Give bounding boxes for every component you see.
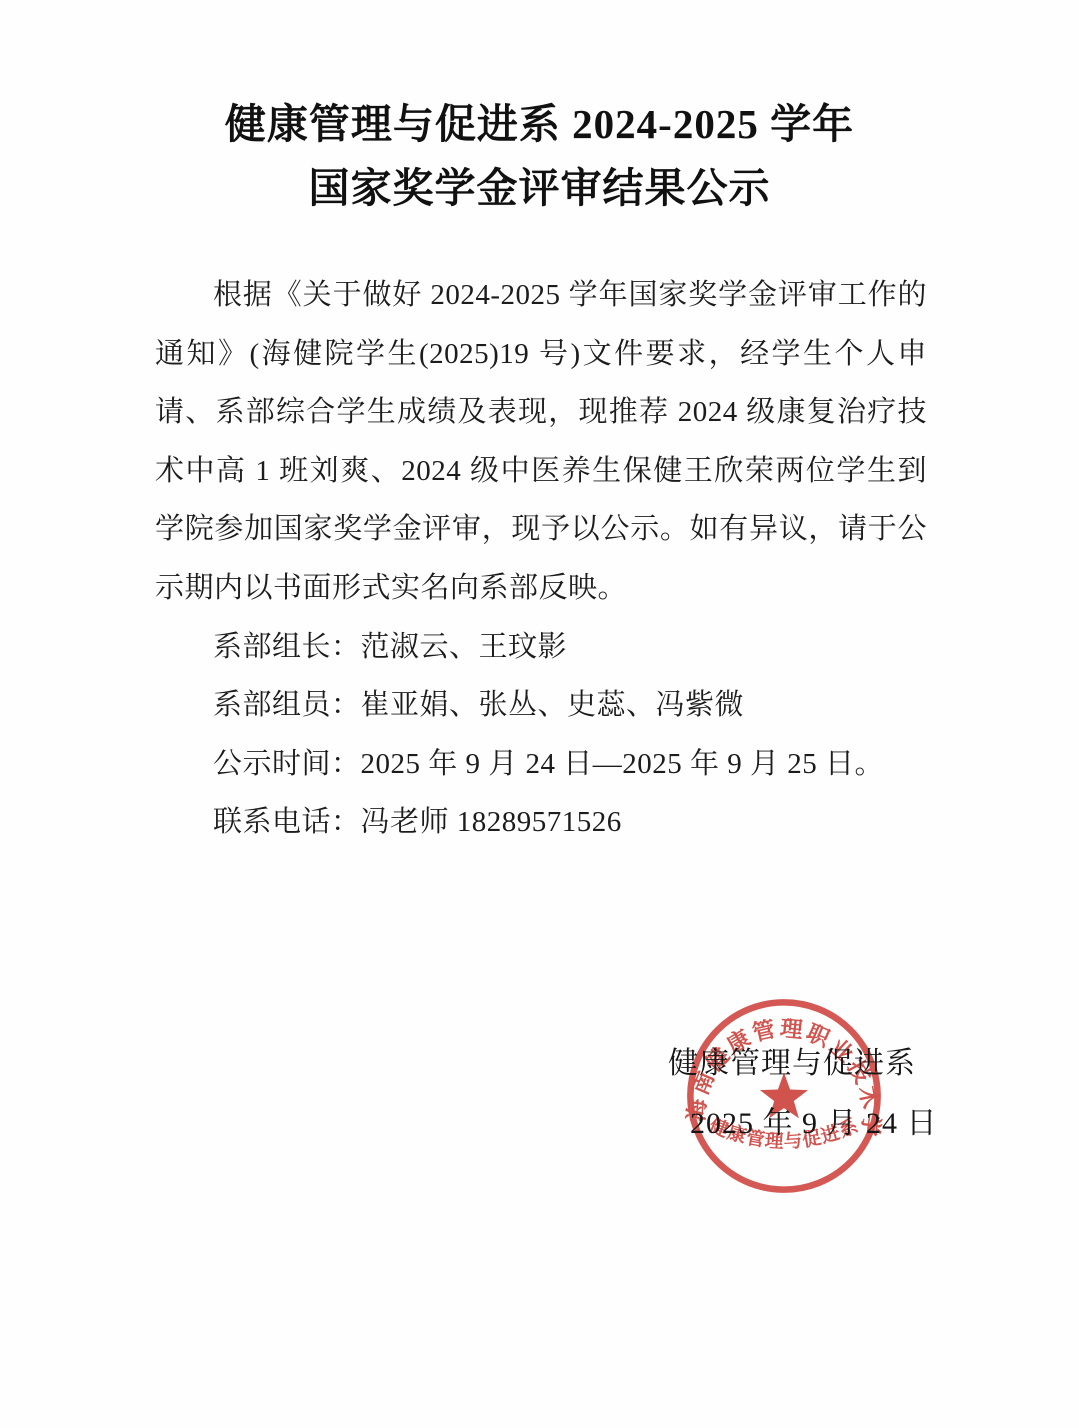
body-paragraph: 根据《关于做好 2024-2025 学年国家奖学金评审工作的通知》(海健院学生(…: [155, 266, 927, 618]
line-contact-phone: 联系电话：冯老师 18289571526: [155, 793, 927, 852]
signature-date: 2025 年 9 月 24 日: [690, 1098, 938, 1142]
line-group-leader: 系部组长：范淑云、王玟影: [155, 618, 927, 677]
document-page: 健康管理与促进系 2024-2025 学年 国家奖学金评审结果公示 根据《关于做…: [0, 0, 1079, 1428]
title-line-2: 国家奖学金评审结果公示: [0, 156, 1079, 220]
line-publicity-period: 公示时间：2025 年 9 月 24 日—2025 年 9 月 25 日。: [155, 735, 927, 794]
signature-department: 健康管理与促进系: [668, 1038, 916, 1082]
line-group-members: 系部组员：崔亚娟、张丛、史蕊、冯紫微: [155, 676, 927, 735]
official-seal-stamp: 海南健康管理职业技术学院 健康管理与促进系: [681, 993, 887, 1199]
document-body: 根据《关于做好 2024-2025 学年国家奖学金评审工作的通知》(海健院学生(…: [155, 266, 927, 852]
title-line-1: 健康管理与促进系 2024-2025 学年: [0, 92, 1079, 156]
document-title: 健康管理与促进系 2024-2025 学年 国家奖学金评审结果公示: [0, 92, 1079, 220]
